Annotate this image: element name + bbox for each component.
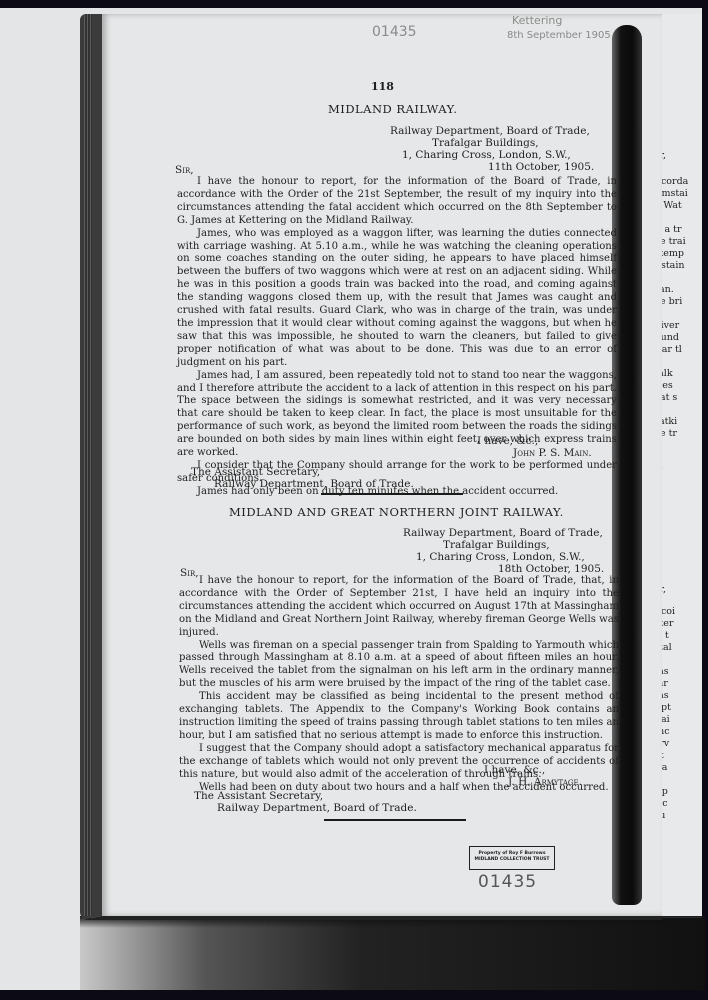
scan-top-border (0, 0, 708, 8)
report2-address-line2: Trafalgar Buildings, (443, 539, 550, 552)
page-number: 118 (371, 80, 394, 93)
report1-paragraph: James, who was employed as a waggon lift… (177, 228, 617, 370)
report2-closing: I have, &c., (484, 764, 545, 777)
report2-address-line3: 1, Charing Cross, London, S.W., (416, 551, 585, 564)
archive-number-top: 01435 (372, 24, 417, 40)
report2-recipient-line1: The Assistant Secretary, (194, 790, 323, 803)
report2-paragraph: This accident may be classified as being… (179, 691, 619, 743)
scan-right-border (702, 0, 708, 1000)
report2-address-line1: Railway Department, Board of Trade, (403, 527, 603, 540)
report1-paragraph: I have the honour to report, for the inf… (177, 176, 617, 228)
report1-signature: John P. S. Main. (513, 447, 592, 460)
report2-heading: MIDLAND AND GREAT NORTHERN JOINT RAILWAY… (229, 505, 564, 519)
section-divider (321, 493, 463, 495)
report1-closing: I have, &c., (477, 435, 538, 448)
report2-paragraph: I have the honour to report, for the inf… (179, 575, 619, 640)
report1-date: 11th October, 1905. (488, 161, 594, 174)
report1-recipient-line1: The Assistant Secretary, (191, 466, 320, 479)
handwritten-date: 8th September 1905 (507, 30, 611, 41)
report1-heading: MIDLAND RAILWAY. (328, 102, 457, 116)
section-divider (324, 819, 466, 821)
report1-address-line1: Railway Department, Board of Trade, (390, 125, 590, 138)
report2-paragraph: Wells was fireman on a special passenger… (179, 640, 619, 692)
scan-bottom-shadow (80, 918, 705, 1000)
report1-address-line2: Trafalgar Buildings, (432, 137, 539, 150)
archive-number-bottom: 01435 (478, 872, 537, 892)
report2-recipient-line2: Railway Department, Board of Trade. (217, 802, 417, 815)
stamp-collection: MIDLAND COLLECTION TRUST (470, 857, 554, 863)
report2-body: I have the honour to report, for the inf… (179, 575, 619, 794)
report1-salutation: Sir, (175, 164, 194, 177)
scan-bottom-border (0, 990, 708, 1000)
collection-stamp: Property of Roy F Burrows MIDLAND COLLEC… (469, 846, 555, 870)
report2-date: 18th October, 1905. (498, 563, 604, 576)
report1-recipient-line2: Railway Department, Board of Trade. (214, 478, 414, 491)
report1-address-line3: 1, Charing Cross, London, S.W., (402, 149, 571, 162)
report2-signature: J. H. Armytage. (508, 776, 582, 789)
handwritten-place: Kettering (512, 14, 562, 27)
